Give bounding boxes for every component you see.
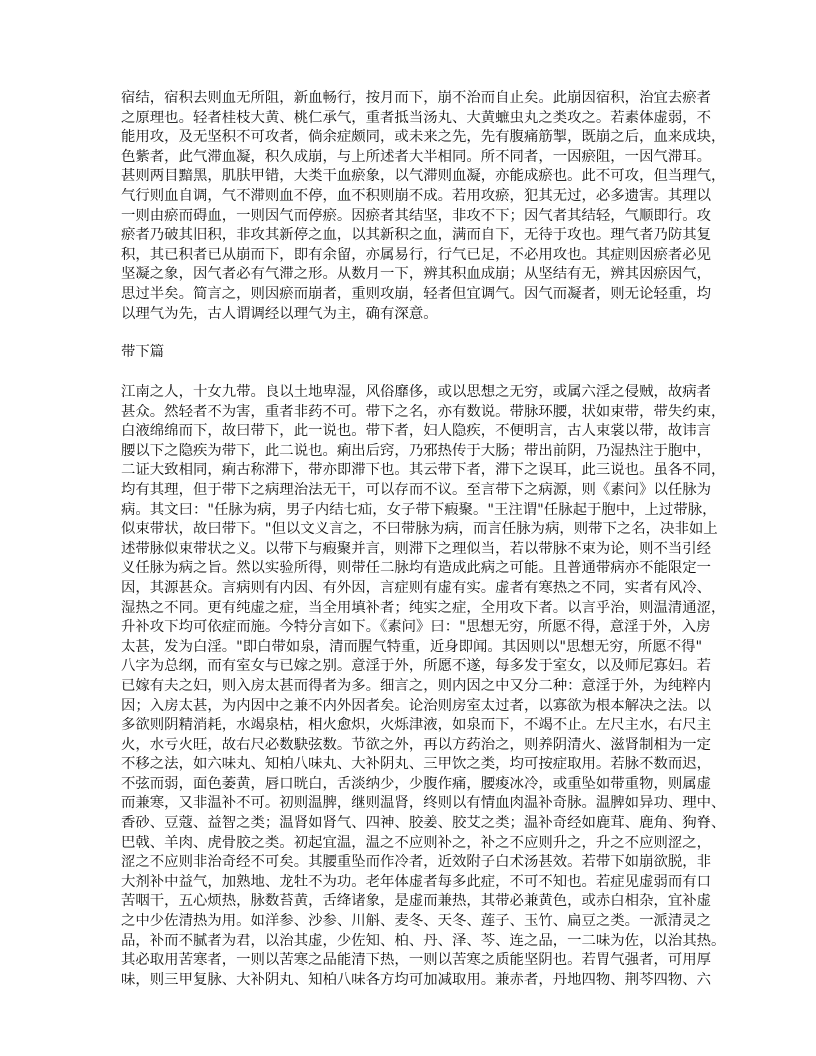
text-line: 之原理也。轻者桂枝大黄、桃仁承气，重者抵当汤丸、大黄蟅虫丸之类攻之。若素体虚弱，…: [121, 109, 696, 129]
text-line: 太甚，发为白淫。"即白带如泉，清而腥气特重，近身即闻。其因则以"思想无穷，所愿不…: [121, 638, 696, 658]
text-line: 色紫者，此气滞血凝，积久成崩，与上所述者大半相同。所不同者，一因瘀阻，一因气滞耳…: [121, 148, 696, 168]
text-line: 苦咽干，五心烦热，脉数苔黄，舌绛诸象，是虚而兼热，其带必兼黄色，或赤白相杂，宜补…: [121, 892, 696, 912]
text-line: 义任脉为病之旨。然以实验所得，则带任二脉均有造成此病之可能。且普通带病亦不能限定…: [121, 559, 696, 579]
text-line: 已嫁有夫之妇，则入房太甚而得者为多。细言之，则内因之中又分二种：意淫于外，为纯粹…: [121, 677, 696, 697]
text-line: 其必取用苦寒者，一则以苦寒之品能清下热，一则以苦寒之质能坚阴也。若胃气强者，可用…: [121, 951, 696, 971]
text-line: 味，则三甲复脉、大补阴丸、知柏八味各方均可加减取用。兼赤者，丹地四物、荆芩四物、…: [121, 971, 696, 991]
text-line: 多欲则阴精消耗，水竭泉枯，相火愈炽，火烁津液，如泉而下，不竭不止。左尺主水，右尺…: [121, 716, 696, 736]
text-line: 瘀者乃破其旧积，非攻其新停之血，以其新积之血，满而自下，无待于攻也。理气者乃防其…: [121, 226, 696, 246]
text-line: 八字为总纲，而有室女与已嫁之别。意淫于外，所愿不遂，每多发于室女，以及师尼寡妇。…: [121, 657, 696, 677]
text-line: 积，其已积者已从崩而下，即有余留，亦属易行，行气已足，不必用攻也。其症则因瘀者必…: [121, 246, 696, 266]
text-line: 似束带状，故曰带下。"但以文义言之，不曰带脉为病，而言任脉为病，则带下之名，决非…: [121, 520, 696, 540]
text-line: 因；入房太甚，为内因中之兼不内外因者矣。论治则房室太过者，以寡欲为根本解决之法。…: [121, 697, 696, 717]
text-line: 之中少佐清热为用。如洋参、沙参、川斛、麦冬、天冬、莲子、玉竹、扁豆之类。一派清灵…: [121, 912, 696, 932]
section-body: 江南之人，十女九带。良以土地卑湿，风俗靡侈，或以思想之无穷，或属六淫之侵贼，故病…: [121, 383, 696, 990]
text-line: 二证大致相同，痢古称滞下，带亦即滞下也。其云带下者，滞下之误耳，此三说也。虽各不…: [121, 461, 696, 481]
text-line: 品，补而不腻者为君，以治其虚，少佐知、柏、丹、泽、芩、连之品，一二味为佐，以治其…: [121, 932, 696, 952]
text-line: 升补攻下均可依症而施。今特分言如下。《素问》曰："思想无穷，所愿不得，意淫于外，…: [121, 618, 696, 638]
text-line: 坚凝之象，因气者必有气滞之形。从数月一下，辨其积血成崩；从坚结有无，辨其因瘀因气…: [121, 265, 696, 285]
text-line: 因，其源甚众。言病则有内因、有外因，言症则有虚有实。虚者有寒热之不同，实者有风冷…: [121, 579, 696, 599]
text-line: 病。其文曰："任脉为病，男子内结七疝，女子带下瘕聚。"王注谓"任脉起于胞中，上过…: [121, 501, 696, 521]
text-line: 而兼寒，又非温补不可。初则温脾，继则温肾，终则以有情血肉温补奇脉。温脾如异功、理…: [121, 794, 696, 814]
text-line: 一则由瘀而碍血，一则因气而停瘀。因瘀者其结坚，非攻不下；因气者其结轻，气顺即行。…: [121, 207, 696, 227]
text-line: 气行则血自调，气不滞则血不停，血不积则崩不成。若用攻瘀，犯其无过，必多遗害。其理…: [121, 187, 696, 207]
text-line: 涩之不应则非治奇经不可矣。其腰重坠而作冷者，近效附子白术汤甚效。若带下如崩欲脱，…: [121, 853, 696, 873]
text-line: 腰以下之隐疾为带下，此二说也。痢出后窍，乃邪热传于大肠；带出前阴，乃湿热注于胞中…: [121, 442, 696, 462]
text-line: 巴戟、羊肉、虎骨胶之类。初起宜温，温之不应则补之，补之不应则升之，升之不应则涩之…: [121, 834, 696, 854]
text-line: 江南之人，十女九带。良以土地卑湿，风俗靡侈，或以思想之无穷，或属六淫之侵贼，故病…: [121, 383, 696, 403]
text-line: 湿热之不同。更有纯虚之症，当全用填补者；纯实之症，全用攻下者。以言乎治，则温清通…: [121, 599, 696, 619]
text-line: 香砂、豆蔻、益智之类；温肾如肾气、四神、胶姜、胶艾之类；温补奇经如鹿茸、鹿角、狗…: [121, 814, 696, 834]
text-line: 宿结，宿积去则血无所阻，新血畅行，按月而下，崩不治而自止矣。此崩因宿积，治宜去瘀…: [121, 89, 696, 109]
text-line: 均有其理，但于带下之病理治法无干，可以存而不议。至言带下之病源，则《素问》以任脉…: [121, 481, 696, 501]
text-line: 甚则两目黯黑，肌肤甲错，大类干血瘀象，以气滞则血凝，亦能成瘀也。此不可攻，但当理…: [121, 167, 696, 187]
text-line: 大剂补中益气，加熟地、龙牡不为功。老年体虚者每多此症，不可不知也。若症见虚弱而有…: [121, 873, 696, 893]
text-line: 思过半矣。简言之，则因瘀而崩者，重则攻崩，轻者但宜调气。因气而凝者，则无论轻重，…: [121, 285, 696, 305]
text-line: 火，水亏火旺，故右尺必数駃弦数。节欲之外，再以方药治之，则养阴清火、滋肾制相为一…: [121, 736, 696, 756]
text-line: 不移之法，如六味丸、知柏八味丸、大补阴丸、三甲饮之类，均可按症取用。若脉不数而迟…: [121, 755, 696, 775]
text-line: 白液绵绵而下，故曰带下，此一说也。带下者，妇人隐疾，不便明言，古人束裳以带，故讳…: [121, 422, 696, 442]
paragraph-continued: 宿结，宿积去则血无所阻，新血畅行，按月而下，崩不治而自止矣。此崩因宿积，治宜去瘀…: [121, 89, 696, 324]
text-line: 不弦而弱，面色萎黄，唇口晄白，舌淡纳少，少腹作痛，腰痠冰冷，或重坠如带重物，则属…: [121, 775, 696, 795]
text-line: 以理气为先，古人谓调经以理气为主，确有深意。: [121, 305, 696, 325]
text-line: 述带脉似束带状之义。以带下与瘕聚并言，则滞下之理似当，若以带脉不束为论，则不当引…: [121, 540, 696, 560]
section-heading: 带下篇: [121, 343, 164, 363]
text-line: 能用攻，及无坚积不可攻者，倘余症颇同，或未来之先，先有腹痛筋掣，既崩之后，血来成…: [121, 128, 696, 148]
text-line: 甚众。然轻者不为害，重者非药不可。带下之名，亦有数说。带脉环腰，状如束带，带失约…: [121, 403, 696, 423]
